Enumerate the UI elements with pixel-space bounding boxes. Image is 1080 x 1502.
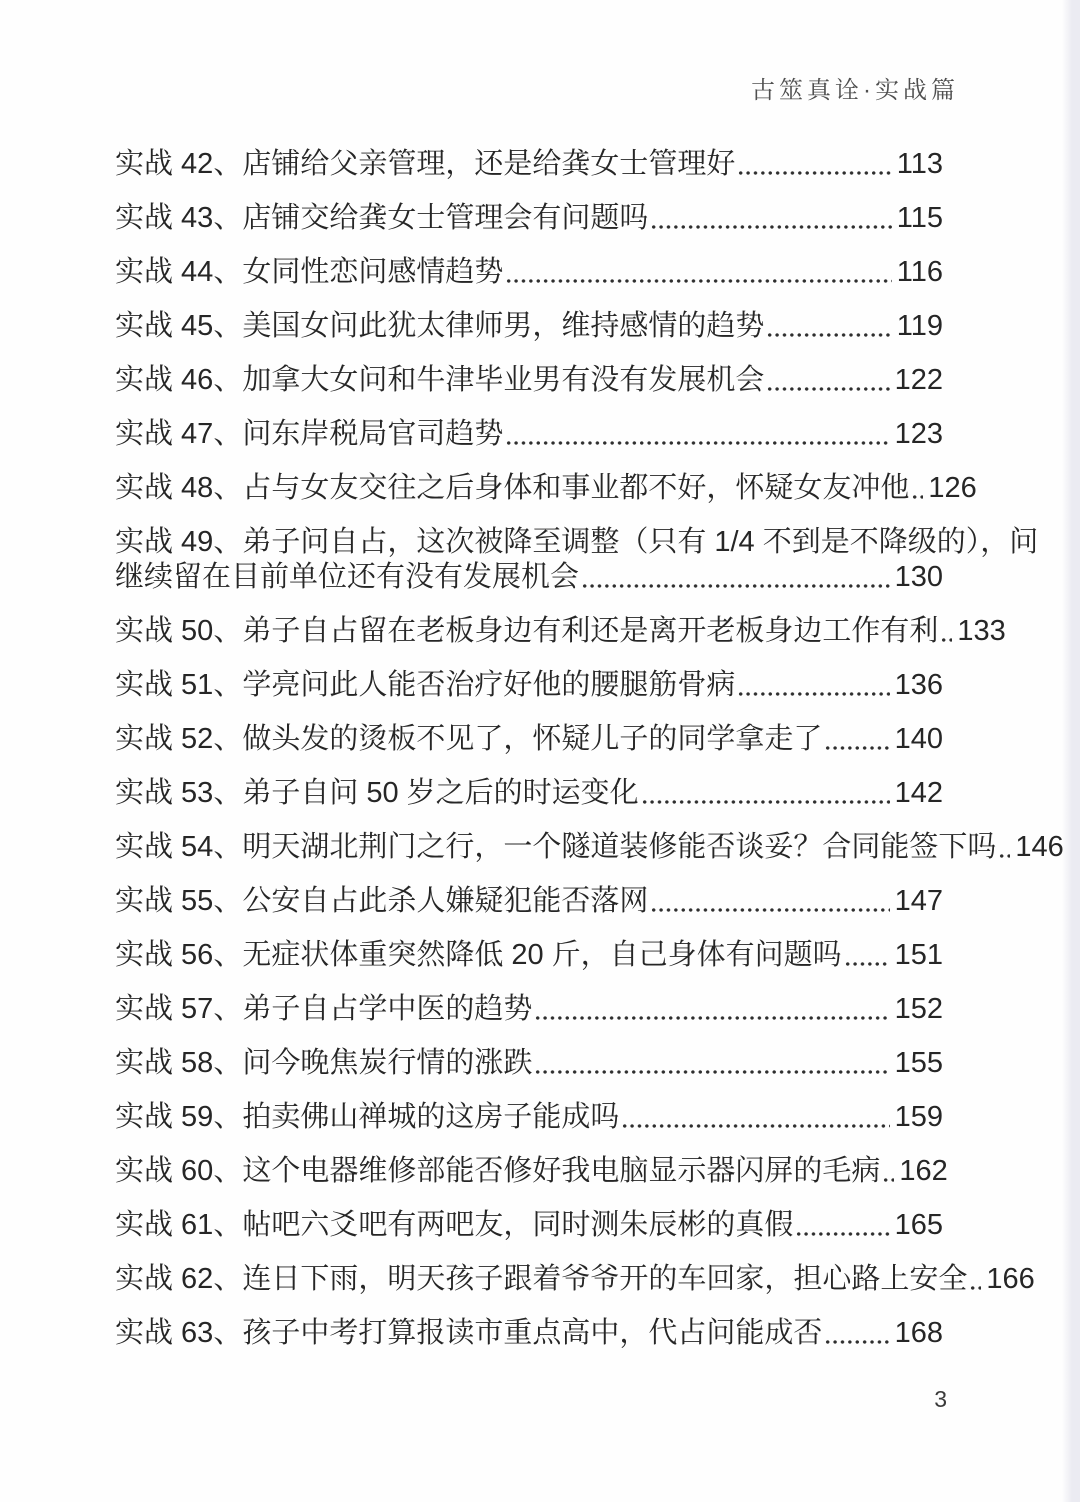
dot-leader [795, 1208, 889, 1243]
toc-page-number: 122 [895, 363, 943, 398]
toc-entry: 实战 43、店铺交给龚女士管理会有问题吗115 [115, 201, 943, 236]
toc-entry-title: 实战 54、明天湖北荆门之行，一个隧道装修能否谈妥？合同能签下吗 [115, 830, 996, 865]
toc-entry-title: 实战 51、学亮问此人能否治疗好他的腰腿筋骨病 [115, 668, 735, 703]
toc-entry-line: 实战 60、这个电器维修部能否修好我电脑显示器闪屏的毛病162 [115, 1154, 943, 1189]
toc-entry-line: 实战 59、拍卖佛山禅城的这房子能成吗159 [115, 1100, 943, 1135]
toc-page-number: 142 [895, 776, 943, 811]
toc-entry-title: 实战 45、美国女问此犹太律师男，维持感情的趋势 [115, 309, 764, 344]
toc-page-number: 151 [895, 938, 943, 973]
toc-entry-line: 实战 47、问东岸税局官司趋势123 [115, 417, 943, 452]
dot-leader [911, 471, 923, 506]
toc-entry-title: 实战 60、这个电器维修部能否修好我电脑显示器闪屏的毛病 [115, 1154, 880, 1189]
toc-entry: 实战 50、弟子自占留在老板身边有利还是离开老板身边工作有利133 [115, 614, 943, 649]
toc-entry-line: 继续留在目前单位还有没有发展机会130 [115, 560, 943, 595]
toc-entry-line: 实战 50、弟子自占留在老板身边有利还是离开老板身边工作有利133 [115, 614, 943, 649]
toc-entry: 实战 62、连日下雨，明天孩子跟着爷爷开的车回家，担心路上安全166 [115, 1262, 943, 1297]
toc-entry-line: 实战 46、加拿大女问和牛津毕业男有没有发展机会122 [115, 363, 943, 398]
toc-page-number: 113 [897, 147, 943, 182]
toc-entry-line: 实战 63、孩子中考打算报读市重点高中，代占问能成否168 [115, 1316, 943, 1351]
toc-entry-title: 实战 53、弟子自问 50 岁之后的时运变化 [115, 776, 639, 811]
toc-page-number: 166 [986, 1262, 1034, 1297]
toc-entry-line: 实战 62、连日下雨，明天孩子跟着爷爷开的车回家，担心路上安全166 [115, 1262, 943, 1297]
toc-page-number: 140 [895, 722, 943, 757]
dot-leader [641, 776, 890, 811]
toc-page-number: 130 [895, 560, 943, 595]
toc-page-number: 147 [895, 884, 943, 919]
dot-leader [505, 255, 891, 290]
toc-entry: 实战 52、做头发的烫板不见了，怀疑儿子的同学拿走了140 [115, 722, 943, 757]
dot-leader [766, 309, 891, 344]
toc-page-number: 123 [895, 417, 943, 452]
dot-leader [940, 614, 952, 649]
toc-entry-title: 实战 62、连日下雨，明天孩子跟着爷爷开的车回家，担心路上安全 [115, 1262, 967, 1297]
toc-page-number: 136 [895, 668, 943, 703]
toc-entry: 实战 56、无症状体重突然降低 20 斤，自己身体有问题吗151 [115, 938, 943, 973]
toc-entry-line: 实战 55、公安自占此杀人嫌疑犯能否落网147 [115, 884, 943, 919]
dot-leader [534, 1046, 889, 1081]
toc-entry-line: 实战 49、弟子问自占，这次被降至调整（只有 1/4 不到是不降级的），问 [115, 525, 943, 560]
toc-entry: 实战 63、孩子中考打算报读市重点高中，代占问能成否168 [115, 1316, 943, 1351]
toc-page-number: 116 [897, 255, 943, 290]
toc-entry: 实战 45、美国女问此犹太律师男，维持感情的趋势119 [115, 309, 943, 344]
document-page: 古筮真诠·实战篇 实战 42、店铺给父亲管理，还是给龚女士管理好113实战 43… [0, 0, 1080, 1502]
dot-leader [882, 1154, 894, 1189]
toc-entry-line: 实战 45、美国女问此犹太律师男，维持感情的趋势119 [115, 309, 943, 344]
toc-entry-line: 实战 53、弟子自问 50 岁之后的时运变化142 [115, 776, 943, 811]
toc-entry-line: 实战 51、学亮问此人能否治疗好他的腰腿筋骨病136 [115, 668, 943, 703]
toc-entry: 实战 57、弟子自占学中医的趋势152 [115, 992, 943, 1027]
dot-leader [650, 201, 891, 236]
table-of-contents: 实战 42、店铺给父亲管理，还是给龚女士管理好113实战 43、店铺交给龚女士管… [115, 147, 943, 1370]
toc-entry: 实战 42、店铺给父亲管理，还是给龚女士管理好113 [115, 147, 943, 182]
toc-entry-line: 实战 58、问今晚焦炭行情的涨跌155 [115, 1046, 943, 1081]
toc-entry-title: 实战 47、问东岸税局官司趋势 [115, 417, 503, 452]
toc-entry-line: 实战 44、女同性恋问感情趋势116 [115, 255, 943, 290]
dot-leader [824, 1316, 889, 1351]
toc-entry: 实战 47、问东岸税局官司趋势123 [115, 417, 943, 452]
dot-leader [505, 417, 889, 452]
toc-page-number: 162 [899, 1154, 947, 1189]
toc-entry-title: 实战 56、无症状体重突然降低 20 斤，自己身体有问题吗 [115, 938, 842, 973]
toc-entry: 实战 46、加拿大女问和牛津毕业男有没有发展机会122 [115, 363, 943, 398]
dot-leader [824, 722, 889, 757]
toc-entry: 实战 51、学亮问此人能否治疗好他的腰腿筋骨病136 [115, 668, 943, 703]
toc-entry: 实战 59、拍卖佛山禅城的这房子能成吗159 [115, 1100, 943, 1135]
toc-page-number: 155 [895, 1046, 943, 1081]
toc-entry-title: 实战 59、拍卖佛山禅城的这房子能成吗 [115, 1100, 619, 1135]
dot-leader [969, 1262, 981, 1297]
dot-leader [621, 1100, 889, 1135]
toc-entry-title: 实战 48、占与女友交往之后身体和事业都不好，怀疑女友冲他 [115, 471, 909, 506]
dot-leader [844, 938, 890, 973]
toc-page-number: 146 [1015, 830, 1063, 865]
toc-entry-title: 实战 63、孩子中考打算报读市重点高中，代占问能成否 [115, 1316, 822, 1351]
footer-page-number: 3 [934, 1386, 947, 1413]
toc-entry-title: 实战 46、加拿大女问和牛津毕业男有没有发展机会 [115, 363, 764, 398]
toc-entry: 实战 48、占与女友交往之后身体和事业都不好，怀疑女友冲他126 [115, 471, 943, 506]
toc-entry: 实战 60、这个电器维修部能否修好我电脑显示器闪屏的毛病162 [115, 1154, 943, 1189]
toc-page-number: 126 [928, 471, 976, 506]
toc-entry-title: 继续留在目前单位还有没有发展机会 [115, 560, 579, 595]
toc-page-number: 159 [895, 1100, 943, 1135]
toc-page-number: 152 [895, 992, 943, 1027]
toc-entry-title: 实战 43、店铺交给龚女士管理会有问题吗 [115, 201, 648, 236]
toc-entry: 实战 54、明天湖北荆门之行，一个隧道装修能否谈妥？合同能签下吗146 [115, 830, 943, 865]
toc-entry-title: 实战 55、公安自占此杀人嫌疑犯能否落网 [115, 884, 648, 919]
toc-page-number: 133 [957, 614, 1005, 649]
toc-entry-title: 实战 52、做头发的烫板不见了，怀疑儿子的同学拿走了 [115, 722, 822, 757]
toc-entry-title: 实战 49、弟子问自占，这次被降至调整（只有 1/4 不到是不降级的），问 [115, 525, 1038, 560]
toc-entry: 实战 49、弟子问自占，这次被降至调整（只有 1/4 不到是不降级的），问继续留… [115, 525, 943, 595]
page-edge-shadow [1062, 0, 1080, 1502]
toc-page-number: 165 [895, 1208, 943, 1243]
toc-entry-line: 实战 57、弟子自占学中医的趋势152 [115, 992, 943, 1027]
toc-entry: 实战 53、弟子自问 50 岁之后的时运变化142 [115, 776, 943, 811]
dot-leader [737, 668, 889, 703]
dot-leader [650, 884, 889, 919]
toc-page-number: 115 [897, 201, 943, 236]
toc-entry-line: 实战 52、做头发的烫板不见了，怀疑儿子的同学拿走了140 [115, 722, 943, 757]
toc-entry: 实战 58、问今晚焦炭行情的涨跌155 [115, 1046, 943, 1081]
toc-entry-line: 实战 43、店铺交给龚女士管理会有问题吗115 [115, 201, 943, 236]
toc-entry: 实战 61、帖吧六爻吧有两吧友，同时测朱辰彬的真假165 [115, 1208, 943, 1243]
dot-leader [534, 992, 889, 1027]
toc-entry-title: 实战 50、弟子自占留在老板身边有利还是离开老板身边工作有利 [115, 614, 938, 649]
toc-page-number: 119 [897, 309, 943, 344]
toc-entry-title: 实战 42、店铺给父亲管理，还是给龚女士管理好 [115, 147, 735, 182]
dot-leader [581, 560, 890, 595]
toc-entry-line: 实战 48、占与女友交往之后身体和事业都不好，怀疑女友冲他126 [115, 471, 943, 506]
dot-leader [737, 147, 891, 182]
toc-entry: 实战 44、女同性恋问感情趋势116 [115, 255, 943, 290]
dot-leader [998, 830, 1010, 865]
toc-entry: 实战 55、公安自占此杀人嫌疑犯能否落网147 [115, 884, 943, 919]
toc-page-number: 168 [895, 1316, 943, 1351]
toc-entry-title: 实战 44、女同性恋问感情趋势 [115, 255, 503, 290]
toc-entry-line: 实战 56、无症状体重突然降低 20 斤，自己身体有问题吗151 [115, 938, 943, 973]
toc-entry-line: 实战 54、明天湖北荆门之行，一个隧道装修能否谈妥？合同能签下吗146 [115, 830, 943, 865]
running-header: 古筮真诠·实战篇 [751, 70, 959, 105]
dot-leader [766, 363, 889, 398]
toc-entry-line: 实战 61、帖吧六爻吧有两吧友，同时测朱辰彬的真假165 [115, 1208, 943, 1243]
toc-entry-line: 实战 42、店铺给父亲管理，还是给龚女士管理好113 [115, 147, 943, 182]
toc-entry-title: 实战 58、问今晚焦炭行情的涨跌 [115, 1046, 532, 1081]
toc-entry-title: 实战 57、弟子自占学中医的趋势 [115, 992, 532, 1027]
toc-entry-title: 实战 61、帖吧六爻吧有两吧友，同时测朱辰彬的真假 [115, 1208, 793, 1243]
